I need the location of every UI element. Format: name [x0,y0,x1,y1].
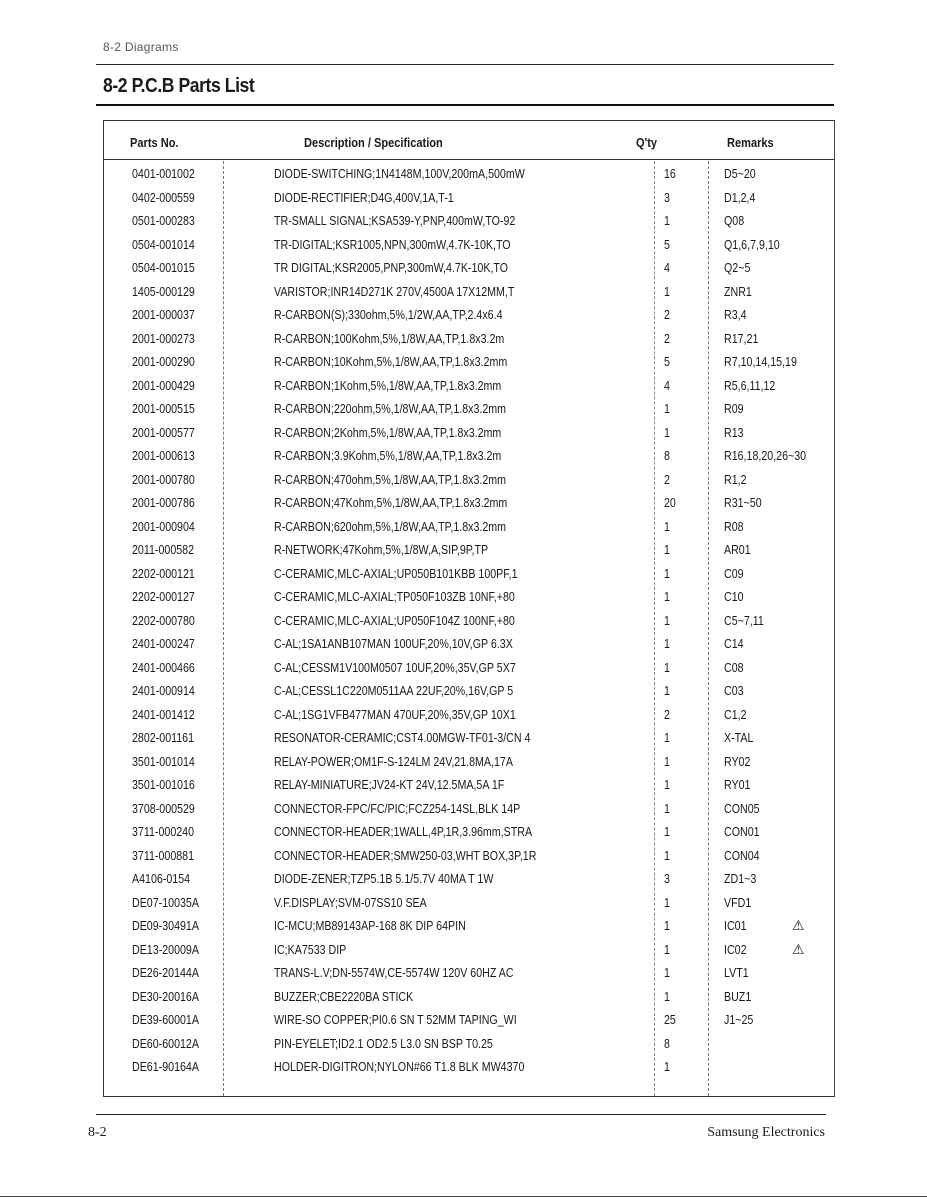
table-row: 2001-000429R-CARBON;1Kohm,5%,1/8W,AA,TP,… [104,374,834,398]
remarks-cell: RY01 [724,773,750,797]
description-cell: C-AL;1SG1VFB477MAN 470UF,20%,35V,GP 10X1 [274,703,516,727]
parts-no-cell: 1405-000129 [132,280,195,304]
remarks-cell: C08 [724,656,744,680]
remarks-cell: D5~20 [724,162,756,186]
column-header-parts-no: Parts No. [130,135,179,150]
qty-cell: 1 [664,515,680,539]
qty-cell: 1 [664,914,680,938]
parts-no-cell: 0504-001014 [132,233,195,257]
remarks-cell: R13 [724,421,744,445]
table-row: 3501-001016RELAY-MINIATURE;JV24-KT 24V,1… [104,773,834,797]
description-cell: TRANS-L.V;DN-5574W,CE-5574W 120V 60HZ AC [274,961,514,985]
description-cell: BUZZER;CBE2220BA STICK [274,985,413,1009]
description-cell: C-CERAMIC,MLC-AXIAL;UP050F104Z 100NF,+80 [274,609,515,633]
remarks-cell: CON05 [724,797,760,821]
description-cell: RELAY-MINIATURE;JV24-KT 24V,12.5MA,5A 1F [274,773,504,797]
description-cell: V.F.DISPLAY;SVM-07SS10 SEA [274,891,427,915]
parts-no-cell: 2001-000904 [132,515,195,539]
table-row: 3711-000881CONNECTOR-HEADER;SMW250-03,WH… [104,844,834,868]
table-row: DE61-90164AHOLDER-DIGITRON;NYLON#66 T1.8… [104,1055,834,1079]
parts-no-cell: 2802-001161 [132,726,194,750]
parts-no-cell: DE07-10035A [132,891,199,915]
remarks-cell: Q1,6,7,9,10 [724,233,780,257]
parts-no-cell: 2001-000290 [132,350,195,374]
column-header-description: Description / Specification [304,135,443,150]
parts-no-cell: 2401-000247 [132,632,195,656]
remarks-cell: R16,18,20,26~30 [724,444,806,468]
qty-cell: 1 [664,844,680,868]
qty-cell: 2 [664,303,680,327]
description-cell: IC-MCU;MB89143AP-168 8K DIP 64PIN [274,914,466,938]
page-title: 8-2 P.C.B Parts List [103,75,254,98]
table-row: 2001-000515R-CARBON;220ohm,5%,1/8W,AA,TP… [104,397,834,421]
description-cell: RESONATOR-CERAMIC;CST4.00MGW-TF01-3/CN 4 [274,726,530,750]
qty-cell: 16 [664,162,680,186]
parts-no-cell: 2001-000780 [132,468,195,492]
parts-no-cell: DE30-20016A [132,985,199,1009]
qty-cell: 1 [664,961,680,985]
remarks-cell: Q08 [724,209,744,233]
qty-cell: 3 [664,186,680,210]
description-cell: WIRE-SO COPPER;PI0.6 SN T 52MM TAPING_WI [274,1008,517,1032]
header-rule [96,64,834,65]
parts-no-cell: 2001-000515 [132,397,195,421]
table-row: 2001-000780R-CARBON;470ohm,5%,1/8W,AA,TP… [104,468,834,492]
table-row: A4106-0154DIODE-ZENER;TZP5.1B 5.1/5.7V 4… [104,867,834,891]
table-row: 2802-001161RESONATOR-CERAMIC;CST4.00MGW-… [104,726,834,750]
table-row: DE30-20016ABUZZER;CBE2220BA STICK1BUZ1 [104,985,834,1009]
qty-cell: 1 [664,562,680,586]
remarks-cell: R7,10,14,15,19 [724,350,797,374]
parts-no-cell: 2001-000786 [132,491,195,515]
parts-no-cell: 3501-001016 [132,773,195,797]
table-row: 2401-000466C-AL;CESSM1V100M0507 10UF,20%… [104,656,834,680]
description-cell: DIODE-RECTIFIER;D4G,400V,1A,T-1 [274,186,454,210]
remarks-cell: CON04 [724,844,760,868]
scan-edge [0,1196,927,1197]
remarks-cell: X-TAL [724,726,753,750]
parts-no-cell: 2001-000273 [132,327,195,351]
table-row: 3711-000240CONNECTOR-HEADER;1WALL,4P,1R,… [104,820,834,844]
table-row: 2011-000582R-NETWORK;47Kohm,5%,1/8W,A,SI… [104,538,834,562]
table-row: 0401-001002DIODE-SWITCHING;1N4148M,100V,… [104,162,834,186]
qty-cell: 1 [664,820,680,844]
qty-cell: 2 [664,703,680,727]
remarks-cell: R3,4 [724,303,747,327]
remarks-cell: C09 [724,562,744,586]
parts-no-cell: 3711-000240 [132,820,194,844]
remarks-cell: LVT1 [724,961,749,985]
description-cell: R-CARBON;100Kohm,5%,1/8W,AA,TP,1.8x3.2m [274,327,504,351]
qty-cell: 2 [664,468,680,492]
parts-no-cell: 2001-000577 [132,421,195,445]
table-row: 1405-000129VARISTOR;INR14D271K 270V,4500… [104,280,834,304]
table-row: DE60-60012APIN-EYELET;ID2.1 OD2.5 L3.0 S… [104,1032,834,1056]
qty-cell: 4 [664,256,680,280]
description-cell: R-NETWORK;47Kohm,5%,1/8W,A,SIP,9P,TP [274,538,488,562]
qty-cell: 1 [664,421,680,445]
parts-no-cell: 0402-000559 [132,186,195,210]
description-cell: TR-DIGITAL;KSR1005,NPN,300mW,4.7K-10K,TO [274,233,511,257]
parts-table: Parts No. Description / Specification Q'… [103,120,835,1097]
remarks-cell: ZD1~3 [724,867,756,891]
qty-cell: 1 [664,209,680,233]
parts-no-cell: 0504-001015 [132,256,195,280]
parts-no-cell: 3501-001014 [132,750,195,774]
remarks-cell: R1,2 [724,468,747,492]
parts-no-cell: 2401-000914 [132,679,195,703]
title-rule [96,104,834,106]
table-row: 2401-001412C-AL;1SG1VFB477MAN 470UF,20%,… [104,703,834,727]
description-cell: R-CARBON(S);330ohm,5%,1/2W,AA,TP,2.4x6.4 [274,303,502,327]
description-cell: PIN-EYELET;ID2.1 OD2.5 L3.0 SN BSP T0.25 [274,1032,493,1056]
table-header: Parts No. Description / Specification Q'… [104,121,834,160]
description-cell: R-CARBON;1Kohm,5%,1/8W,AA,TP,1.8x3.2mm [274,374,501,398]
description-cell: TR DIGITAL;KSR2005,PNP,300mW,4.7K-10K,TO [274,256,508,280]
description-cell: R-CARBON;620ohm,5%,1/8W,AA,TP,1.8x3.2mm [274,515,506,539]
remarks-cell: R31~50 [724,491,762,515]
qty-cell: 1 [664,656,680,680]
qty-cell: 1 [664,280,680,304]
description-cell: R-CARBON;10Kohm,5%,1/8W,AA,TP,1.8x3.2mm [274,350,507,374]
qty-cell: 1 [664,773,680,797]
table-row: 2001-000577R-CARBON;2Kohm,5%,1/8W,AA,TP,… [104,421,834,445]
remarks-cell: RY02 [724,750,750,774]
parts-no-cell: 0501-000283 [132,209,195,233]
description-cell: C-AL;CESSL1C220M0511AA 22UF,20%,16V,GP 5 [274,679,513,703]
remarks-cell: CON01 [724,820,760,844]
qty-cell: 1 [664,538,680,562]
remarks-cell: Q2~5 [724,256,750,280]
remarks-cell: C10 [724,585,744,609]
qty-cell: 1 [664,397,680,421]
description-cell: CONNECTOR-HEADER;SMW250-03,WHT BOX,3P,1R [274,844,536,868]
qty-cell: 5 [664,350,680,374]
qty-cell: 20 [664,491,680,515]
remarks-cell: IC01 [724,914,747,938]
qty-cell: 5 [664,233,680,257]
description-cell: HOLDER-DIGITRON;NYLON#66 T1.8 BLK MW4370 [274,1055,524,1079]
table-row: DE39-60001AWIRE-SO COPPER;PI0.6 SN T 52M… [104,1008,834,1032]
description-cell: VARISTOR;INR14D271K 270V,4500A 17X12MM,T [274,280,514,304]
parts-no-cell: 3708-000529 [132,797,195,821]
parts-no-cell: 2202-000780 [132,609,195,633]
description-cell: TR-SMALL SIGNAL;KSA539-Y,PNP,400mW,TO-92 [274,209,515,233]
parts-no-cell: 2001-000037 [132,303,195,327]
qty-cell: 8 [664,1032,680,1056]
parts-no-cell: DE26-20144A [132,961,199,985]
description-cell: DIODE-SWITCHING;1N4148M,100V,200mA,500mW [274,162,525,186]
parts-no-cell: 0401-001002 [132,162,195,186]
table-row: 2001-000273R-CARBON;100Kohm,5%,1/8W,AA,T… [104,327,834,351]
description-cell: C-CERAMIC,MLC-AXIAL;UP050B101KBB 100PF,1 [274,562,518,586]
table-row: 2001-000904R-CARBON;620ohm,5%,1/8W,AA,TP… [104,515,834,539]
table-row: 2202-000121C-CERAMIC,MLC-AXIAL;UP050B101… [104,562,834,586]
parts-no-cell: DE13-20009A [132,938,199,962]
remarks-cell: R5,6,11,12 [724,374,775,398]
warning-icon: ⚠ [792,914,805,938]
table-row: 2401-000914C-AL;CESSL1C220M0511AA 22UF,2… [104,679,834,703]
table-row: 2202-000127C-CERAMIC,MLC-AXIAL;TP050F103… [104,585,834,609]
qty-cell: 4 [664,374,680,398]
qty-cell: 1 [664,609,680,633]
remarks-cell: R17,21 [724,327,758,351]
parts-no-cell: A4106-0154 [132,867,190,891]
table-row: 2202-000780C-CERAMIC,MLC-AXIAL;UP050F104… [104,609,834,633]
parts-no-cell: 2202-000121 [132,562,195,586]
description-cell: R-CARBON;470ohm,5%,1/8W,AA,TP,1.8x3.2mm [274,468,506,492]
table-row: 0501-000283TR-SMALL SIGNAL;KSA539-Y,PNP,… [104,209,834,233]
table-row: 2401-000247C-AL;1SA1ANB107MAN 100UF,20%,… [104,632,834,656]
remarks-cell: R09 [724,397,744,421]
description-cell: C-CERAMIC,MLC-AXIAL;TP050F103ZB 10NF,+80 [274,585,515,609]
description-cell: R-CARBON;3.9Kohm,5%,1/8W,AA,TP,1.8x3.2m [274,444,501,468]
table-row: DE13-20009AIC;KA7533 DIP1IC02⚠ [104,938,834,962]
qty-cell: 1 [664,726,680,750]
table-row: 2001-000786R-CARBON;47Kohm,5%,1/8W,AA,TP… [104,491,834,515]
remarks-cell: D1,2,4 [724,186,755,210]
table-row: DE09-30491AIC-MCU;MB89143AP-168 8K DIP 6… [104,914,834,938]
description-cell: C-AL;CESSM1V100M0507 10UF,20%,35V,GP 5X7 [274,656,516,680]
remarks-cell: ZNR1 [724,280,752,304]
remarks-cell: VFD1 [724,891,751,915]
qty-cell: 1 [664,797,680,821]
description-cell: R-CARBON;220ohm,5%,1/8W,AA,TP,1.8x3.2mm [274,397,506,421]
parts-no-cell: 2401-000466 [132,656,195,680]
qty-cell: 1 [664,938,680,962]
remarks-cell: BUZ1 [724,985,751,1009]
remarks-cell: C1,2 [724,703,747,727]
qty-cell: 1 [664,750,680,774]
description-cell: R-CARBON;47Kohm,5%,1/8W,AA,TP,1.8x3.2mm [274,491,507,515]
qty-cell: 25 [664,1008,680,1032]
qty-cell: 1 [664,891,680,915]
table-row: 2001-000290R-CARBON;10Kohm,5%,1/8W,AA,TP… [104,350,834,374]
qty-cell: 2 [664,327,680,351]
publisher: Samsung Electronics [707,1125,825,1141]
remarks-cell: IC02 [724,938,747,962]
qty-cell: 1 [664,632,680,656]
description-cell: RELAY-POWER;OM1F-S-124LM 24V,21.8MA,17A [274,750,513,774]
qty-cell: 3 [664,867,680,891]
table-row: DE07-10035AV.F.DISPLAY;SVM-07SS10 SEA1VF… [104,891,834,915]
parts-no-cell: 2401-001412 [132,703,195,727]
parts-no-cell: DE09-30491A [132,914,199,938]
remarks-cell: AR01 [724,538,751,562]
table-body: 0401-001002DIODE-SWITCHING;1N4148M,100V,… [104,162,834,1079]
parts-no-cell: 3711-000881 [132,844,194,868]
parts-no-cell: DE39-60001A [132,1008,199,1032]
remarks-cell: C14 [724,632,744,656]
remarks-cell: C5~7,11 [724,609,764,633]
parts-no-cell: DE60-60012A [132,1032,199,1056]
table-row: 0504-001015TR DIGITAL;KSR2005,PNP,300mW,… [104,256,834,280]
table-row: DE26-20144ATRANS-L.V;DN-5574W,CE-5574W 1… [104,961,834,985]
remarks-cell: R08 [724,515,744,539]
qty-cell: 1 [664,585,680,609]
qty-cell: 1 [664,1055,680,1079]
remarks-cell: C03 [724,679,744,703]
table-row: 3708-000529CONNECTOR-FPC/FC/PIC;FCZ254-1… [104,797,834,821]
parts-no-cell: 2202-000127 [132,585,195,609]
footer-rule [96,1114,826,1115]
table-row: 3501-001014RELAY-POWER;OM1F-S-124LM 24V,… [104,750,834,774]
remarks-cell: J1~25 [724,1008,753,1032]
table-row: 2001-000037R-CARBON(S);330ohm,5%,1/2W,AA… [104,303,834,327]
description-cell: DIODE-ZENER;TZP5.1B 5.1/5.7V 40MA T 1W [274,867,493,891]
qty-cell: 8 [664,444,680,468]
parts-no-cell: 2001-000613 [132,444,195,468]
table-row: 0402-000559DIODE-RECTIFIER;D4G,400V,1A,T… [104,186,834,210]
description-cell: CONNECTOR-HEADER;1WALL,4P,1R,3.96mm,STRA [274,820,532,844]
parts-no-cell: 2011-000582 [132,538,194,562]
description-cell: C-AL;1SA1ANB107MAN 100UF,20%,10V,GP 6.3X [274,632,513,656]
running-head: 8-2 Diagrams [103,40,179,54]
description-cell: IC;KA7533 DIP [274,938,346,962]
description-cell: CONNECTOR-FPC/FC/PIC;FCZ254-14SL,BLK 14P [274,797,520,821]
column-header-remarks: Remarks [727,135,774,150]
column-header-qty: Q'ty [636,135,657,150]
description-cell: R-CARBON;2Kohm,5%,1/8W,AA,TP,1.8x3.2mm [274,421,501,445]
page-number: 8-2 [88,1125,107,1141]
qty-cell: 1 [664,679,680,703]
parts-no-cell: 2001-000429 [132,374,195,398]
parts-no-cell: DE61-90164A [132,1055,199,1079]
warning-icon: ⚠ [792,938,805,962]
table-row: 0504-001014TR-DIGITAL;KSR1005,NPN,300mW,… [104,233,834,257]
table-row: 2001-000613R-CARBON;3.9Kohm,5%,1/8W,AA,T… [104,444,834,468]
qty-cell: 1 [664,985,680,1009]
